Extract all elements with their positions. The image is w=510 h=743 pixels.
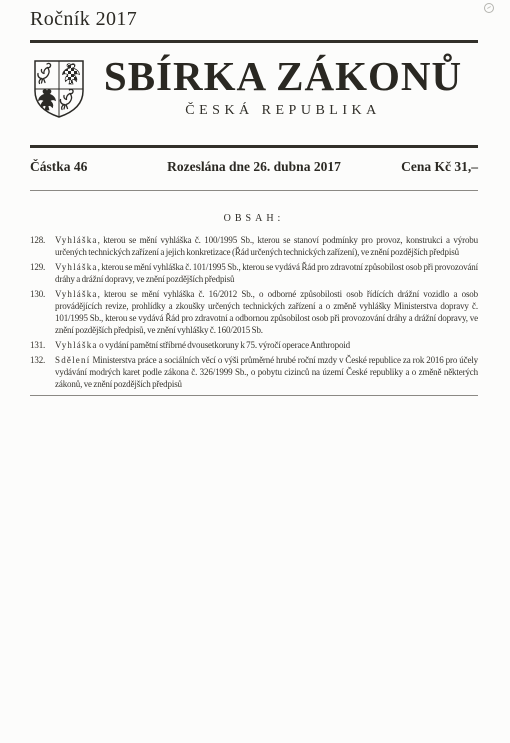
item-lead-word: Vyhláška (55, 289, 98, 299)
contents-item: 128. Vyhláška, kterou se mění vyhláška č… (30, 234, 478, 258)
item-text: Vyhláška, kterou se mění vyhláška č. 16/… (55, 288, 478, 337)
item-body: Ministerstva práce a sociálních věcí o v… (55, 355, 478, 389)
masthead-text: SBÍRKA ZÁKONŮ ČESKÁ REPUBLIKA (88, 43, 478, 119)
masthead: SBÍRKA ZÁKONŮ ČESKÁ REPUBLIKA (30, 43, 478, 145)
contents-list: 128. Vyhláška, kterou se mění vyhláška č… (30, 234, 478, 390)
year-heading: Ročník 2017 (30, 0, 478, 31)
issue-divider-rule (30, 190, 478, 191)
item-lead-word: Vyhláška (55, 262, 98, 272)
czech-coat-of-arms-icon (32, 58, 86, 120)
contents-item: 130. Vyhláška, kterou se mění vyhláška č… (30, 288, 478, 337)
contents-heading: OBSAH: (30, 212, 478, 225)
issue-price: Cena Kč 31,– (401, 158, 478, 175)
item-number: 128. (30, 234, 49, 258)
item-text: Sdělení Ministerstva práce a sociálních … (55, 354, 478, 391)
item-lead-word: Vyhláška (55, 235, 98, 245)
item-body: , kterou se mění vyhláška č. 101/1995 Sb… (55, 262, 478, 284)
contents-item: 131. Vyhláška o vydání pamětní stříbrné … (30, 339, 478, 351)
item-body: o vydání pamětní stříbrné dvousetkoruny … (98, 340, 350, 350)
stamp-circle-mark-icon (484, 3, 494, 13)
issue-info-row: Částka 46 Rozeslána dne 26. dubna 2017 C… (30, 148, 478, 182)
gazette-title: SBÍRKA ZÁKONŮ (88, 53, 478, 99)
item-number: 129. (30, 261, 49, 285)
item-number: 131. (30, 339, 49, 351)
item-text: Vyhláška, kterou se mění vyhláška č. 100… (55, 234, 478, 258)
item-text: Vyhláška o vydání pamětní stříbrné dvous… (55, 339, 478, 351)
item-lead-word: Vyhláška (55, 340, 98, 350)
item-number: 132. (30, 354, 49, 391)
gazette-title-page: Ročník 2017 (0, 0, 510, 743)
item-lead-word: Sdělení (55, 355, 90, 365)
item-body: , kterou se mění vyhláška č. 100/1995 Sb… (55, 235, 478, 257)
item-body: , kterou se mění vyhláška č. 16/2012 Sb.… (55, 289, 478, 336)
item-number: 130. (30, 288, 49, 337)
contents-item: 132. Sdělení Ministerstva práce a sociál… (30, 354, 478, 391)
contents-bottom-rule (30, 395, 478, 396)
contents-item: 129. Vyhláška, kterou se mění vyhláška č… (30, 261, 478, 285)
gazette-subtitle: ČESKÁ REPUBLIKA (88, 102, 478, 119)
item-text: Vyhláška, kterou se mění vyhláška č. 101… (55, 261, 478, 285)
